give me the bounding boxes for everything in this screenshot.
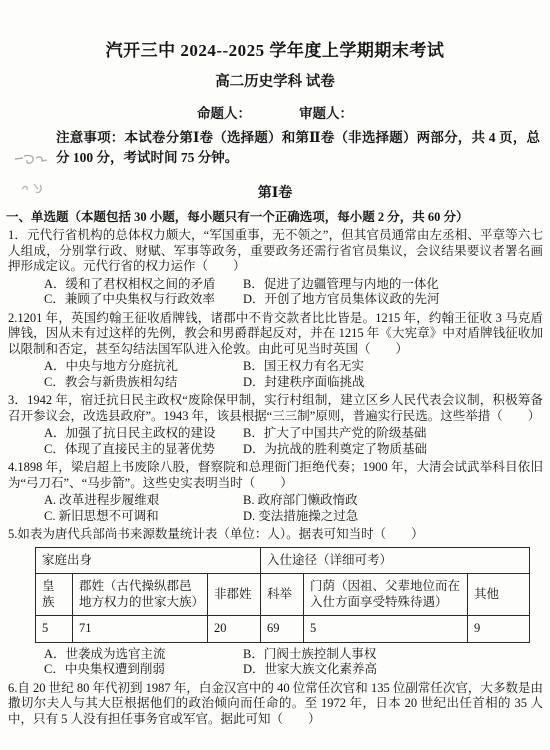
col-header-other: 其他 [468, 574, 530, 616]
question-1-options: A．缓和了君权相权之间的矛盾 B．促进了边疆管理与内地的一体化 C．兼顾了中央集… [44, 277, 543, 308]
exam-notice: 注意事项：本试卷分第Ⅰ卷（选择题）和第Ⅱ卷（非选择题）两部分，共 4 页，总分 … [56, 128, 540, 167]
value-menyin: 5 [304, 616, 468, 643]
question-6-stem: 6.自 20 世纪 80 年代初到 1987 年，白金汉宫中的 40 位常任次官… [8, 681, 543, 728]
question-3-option-c: C．体现了直接民主的显著优势 [44, 442, 243, 458]
pen-scribble-icon [20, 181, 50, 197]
question-1: 1．元代行省机构的总体权力颇大，“军国重事，无不领之”，但其官员通常由左丞相、平… [8, 228, 543, 308]
question-5-options: A．世袭成为选官主流 B．门阀士族控制人事权 C．中央集权遭到削弱 D．世家大族… [44, 647, 543, 678]
question-4-option-c: C. 新旧思想不可调和 [44, 509, 243, 525]
col-header-menyin: 门荫（因祖、父辈地位而在入仕方面享受特殊待遇） [304, 574, 468, 616]
value-royalty: 5 [36, 616, 73, 643]
exam-paper-page: 汽开三中 2024--2025 学年度上学期期末考试 高二历史学科 试卷 命题人… [0, 0, 550, 750]
question-5-option-c: C．中央集权遭到削弱 [44, 662, 243, 678]
question-1-option-a: A．缓和了君权相权之间的矛盾 [44, 277, 243, 293]
question-4-option-a: A. 改革进程步履维艰 [44, 493, 243, 509]
pen-scribble-icon [14, 154, 50, 172]
col-header-royalty: 皇族 [36, 574, 73, 616]
value-other: 9 [468, 616, 530, 643]
group-header-career: 入仕途径（详细可考） [261, 547, 530, 574]
exam-title: 汽开三中 2024--2025 学年度上学期期末考试 [0, 40, 550, 62]
question-5-stem: 5.如表为唐代兵部尚书来源数量统计表（单位：人）。据表可知当时（ ） [8, 527, 543, 543]
group-header-family: 家庭出身 [36, 547, 261, 574]
question-2-stem: 2.1201 年，英国约翰王征收盾牌钱，诸郡中不肯交款者比比皆是。1215 年，… [8, 311, 543, 358]
question-4-options: A. 改革进程步履维艰 B. 政府部门懒政惰政 C. 新旧思想不可调和 D. 变… [44, 493, 543, 524]
col-header-junxing: 郡姓（古代操纵郡邑地方权力的世家大族） [73, 574, 208, 616]
question-6: 6.自 20 世纪 80 年代初到 1987 年，白金汉宫中的 40 位常任次官… [8, 681, 543, 728]
question-4-option-d: D. 变法措施操之过急 [243, 509, 543, 525]
section-heading: 一、单选题（本题包括 30 小题，每小题只有一个正确选项，每小题 2 分，共 6… [6, 209, 546, 225]
question-3: 3．1942 年，宿迁抗日民主政权“废除保甲制，实行村组制，建立区乡人民代表会议… [8, 393, 543, 457]
question-2-option-d: D．封建秩序面临挑战 [243, 375, 543, 391]
question-1-option-c: C．兼顾了中央集权与行政效率 [44, 292, 243, 308]
question-5-option-d: D．世家大族文化素养高 [243, 662, 543, 678]
question-5-option-a: A．世袭成为选官主流 [44, 647, 243, 663]
question-3-option-b: B．扩大了中国共产党的阶级基础 [243, 426, 543, 442]
question-4-option-b: B. 政府部门懒政惰政 [243, 493, 543, 509]
question-5-option-b: B．门阀士族控制人事权 [243, 647, 543, 663]
value-junxing: 71 [73, 616, 208, 643]
volume-heading: 第Ⅰ卷 [0, 185, 550, 203]
value-non-junxing: 20 [208, 616, 261, 643]
question-4: 4.1898 年，梁启超上书废除八股，督察院和总理衙门拒绝代奏；1900 年，大… [8, 460, 543, 524]
question-4-stem: 4.1898 年，梁启超上书废除八股，督察院和总理衙门拒绝代奏；1900 年，大… [8, 460, 543, 491]
col-header-keju: 科举 [261, 574, 304, 616]
exam-authors-row: 命题人： 审题人： [0, 105, 550, 122]
setter-label: 命题人： [197, 105, 251, 122]
question-3-options: A．加强了抗日民主政权的建设 B．扩大了中国共产党的阶级基础 C．体现了直接民主… [44, 426, 543, 457]
table-group-header-row: 家庭出身 入仕途径（详细可考） [36, 547, 530, 574]
question-1-option-d: D．开创了地方官员集体议政的先河 [243, 292, 543, 308]
question-3-option-d: D．为抗战的胜利奠定了物质基础 [243, 442, 543, 458]
reviewer-label: 审题人： [299, 105, 353, 122]
question-2-option-a: A．中央与地方分庭抗礼 [44, 359, 243, 375]
exam-subtitle: 高二历史学科 试卷 [0, 73, 550, 91]
question-1-stem: 1．元代行省机构的总体权力颇大，“军国重事，无不领之”，但其官员通常由左丞相、平… [8, 228, 543, 275]
table-data-row: 5 71 20 69 5 9 [36, 616, 530, 643]
question-2-option-c: C．教会与新贵族相勾结 [44, 375, 243, 391]
question-5: 5.如表为唐代兵部尚书来源数量统计表（单位：人）。据表可知当时（ ） 家庭出身 … [8, 527, 543, 678]
col-header-non-junxing: 非郡姓 [208, 574, 261, 616]
source-table: 家庭出身 入仕途径（详细可考） 皇族 郡姓（古代操纵郡邑地方权力的世家大族） 非… [35, 547, 530, 643]
table-column-header-row: 皇族 郡姓（古代操纵郡邑地方权力的世家大族） 非郡姓 科举 门荫（因祖、父辈地位… [36, 574, 530, 616]
value-keju: 69 [261, 616, 304, 643]
question-1-option-b: B．促进了边疆管理与内地的一体化 [243, 277, 543, 293]
question-2: 2.1201 年，英国约翰王征收盾牌钱，诸郡中不肯交款者比比皆是。1215 年，… [8, 311, 543, 391]
question-2-options: A．中央与地方分庭抗礼 B．国王权力有名无实 C．教会与新贵族相勾结 D．封建秩… [44, 359, 543, 390]
question-3-option-a: A．加强了抗日民主政权的建设 [44, 426, 243, 442]
question-2-option-b: B．国王权力有名无实 [243, 359, 543, 375]
question-3-stem: 3．1942 年，宿迁抗日民主政权“废除保甲制，实行村组制，建立区乡人民代表会议… [8, 393, 543, 424]
